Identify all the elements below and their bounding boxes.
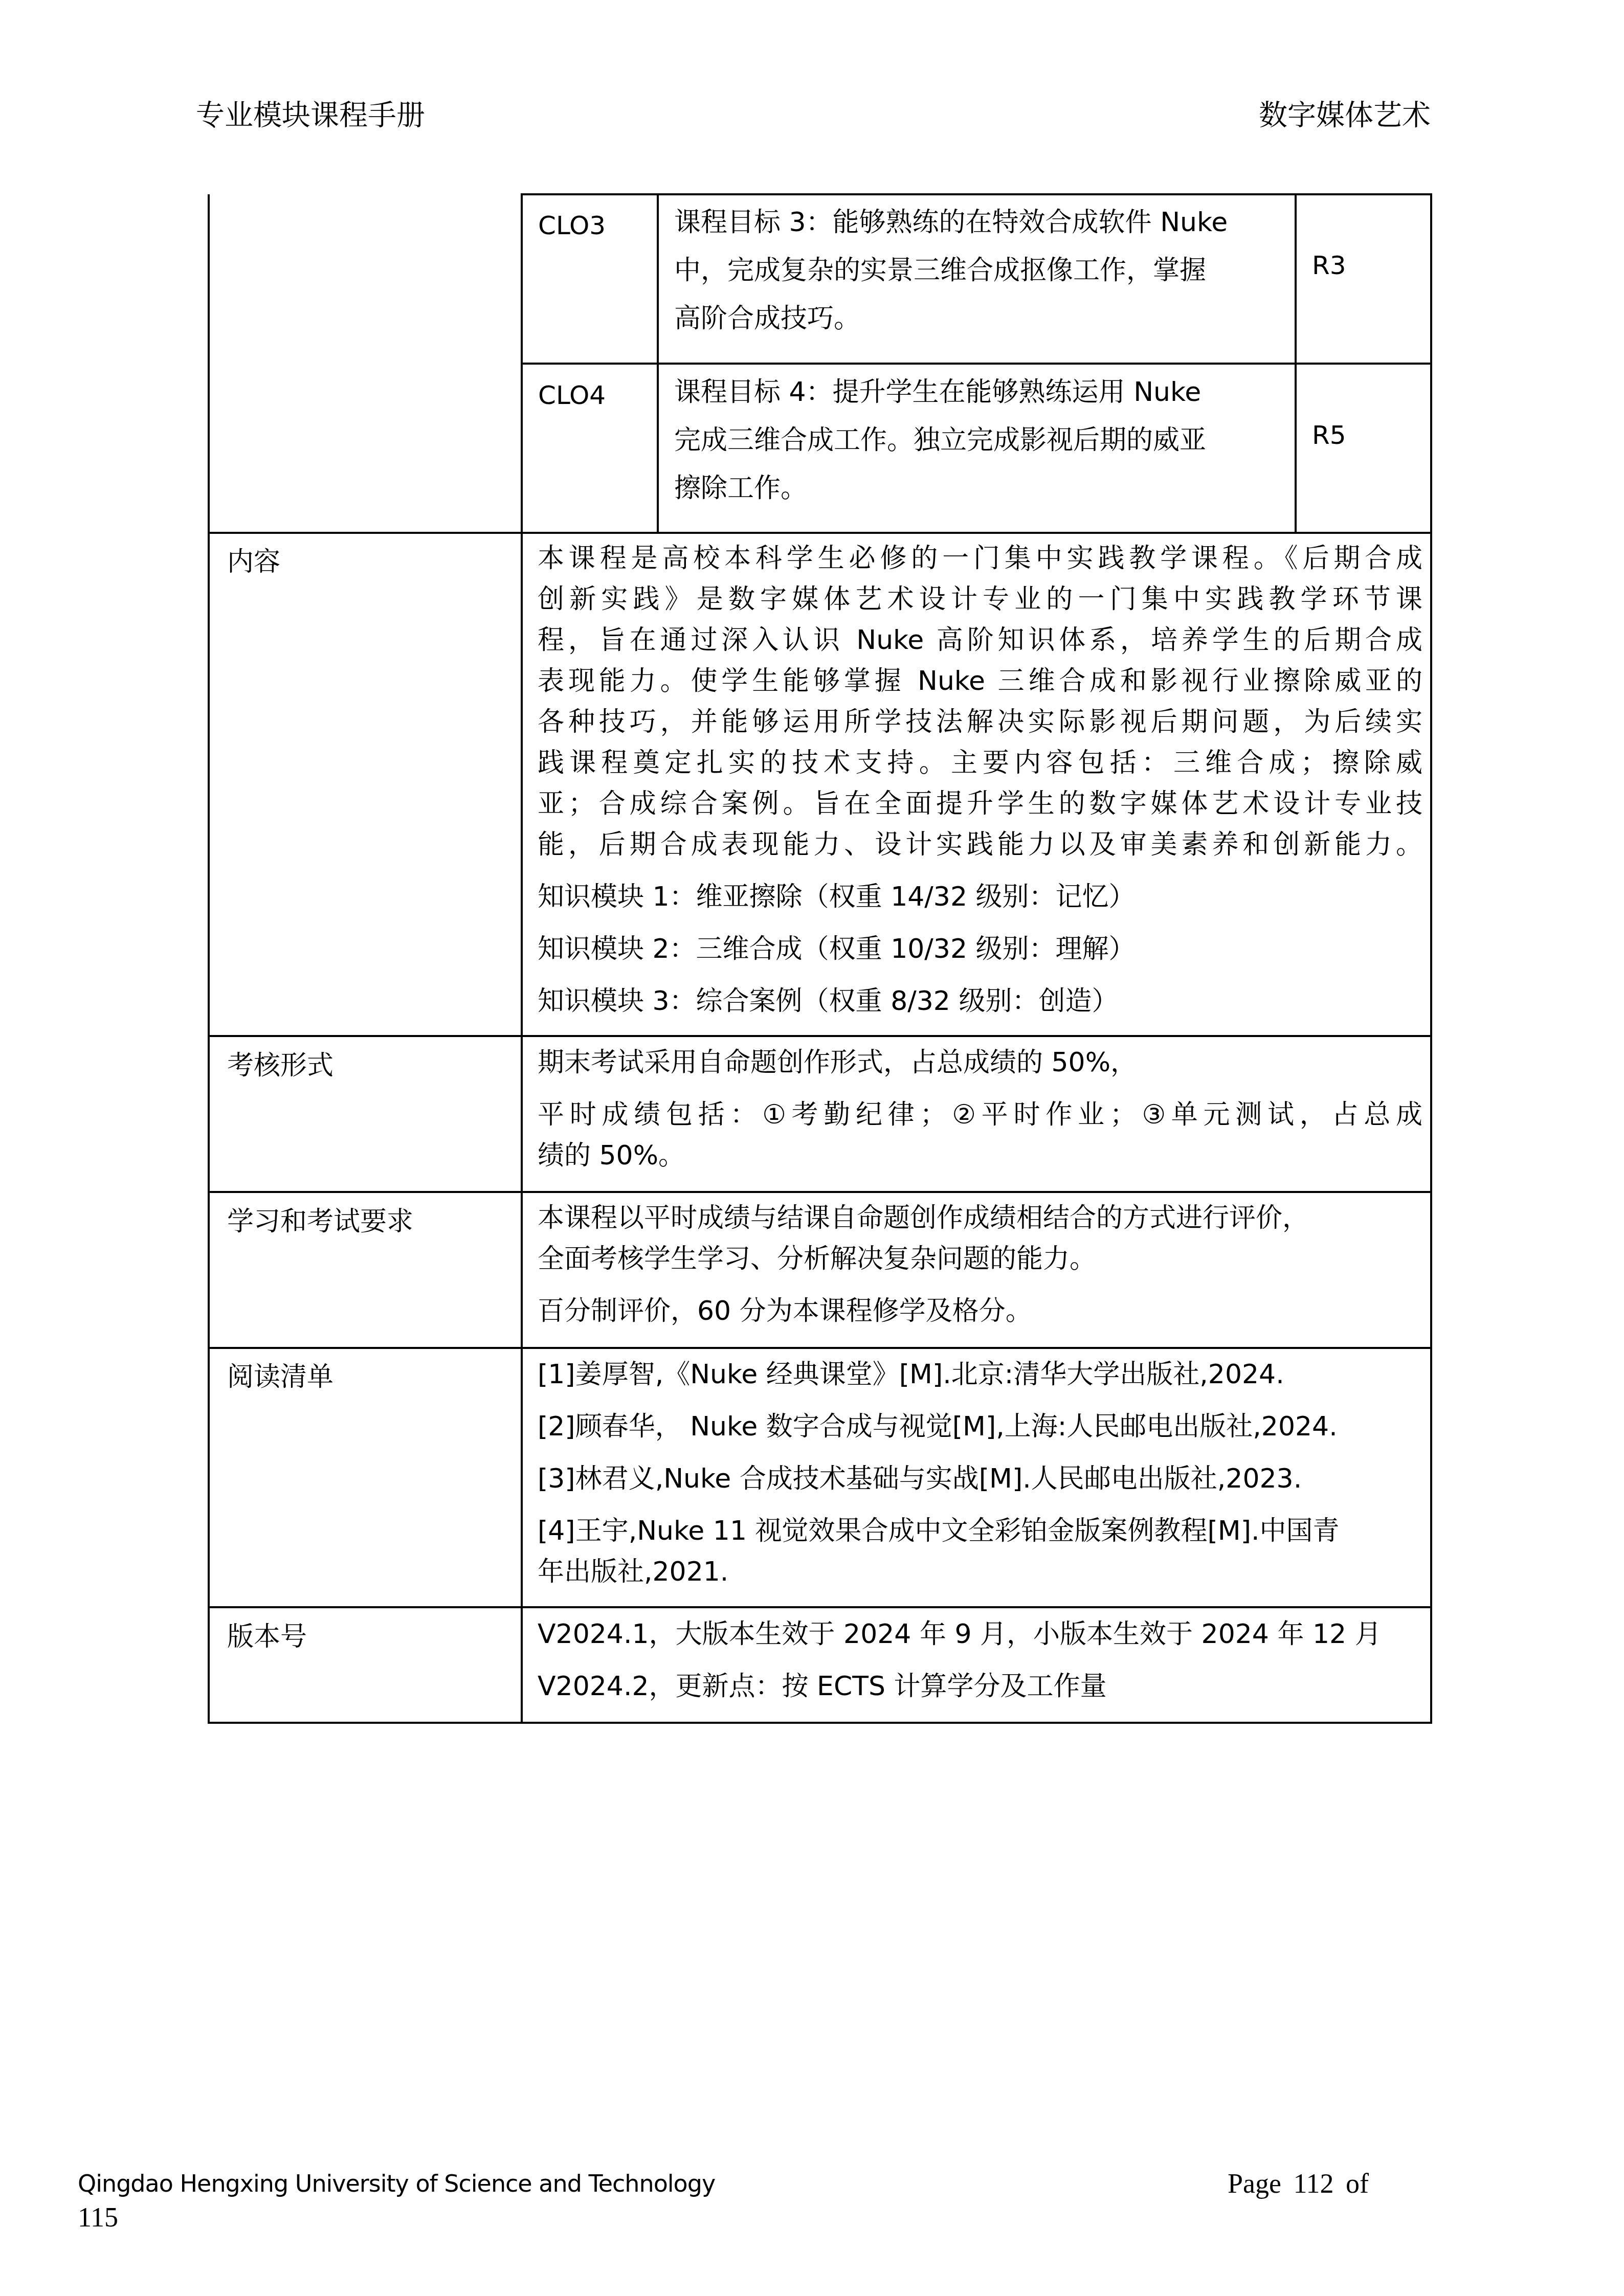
clo-description: 课程目标 3：能够熟练的在特效合成软件 Nuke 中，完成复杂的实景三维合成抠像…	[674, 198, 1228, 343]
clo-description-line: 擦除工作。	[674, 464, 1206, 512]
course-module-table: CLO3 课程目标 3：能够熟练的在特效合成软件 Nuke 中，完成复杂的实景三…	[208, 193, 1432, 1724]
assessment-line: 绩的 50%。	[538, 1135, 1422, 1176]
table-border-right	[1430, 193, 1432, 1724]
row-label-requirements: 学习和考试要求	[227, 1206, 413, 1237]
requirements-line: 百分制评价，60 分为本课程修学及格分。	[538, 1291, 1309, 1332]
clo-description-line: 完成三维合成工作。独立完成影视后期的威亚	[674, 416, 1206, 464]
assessment-line: 期末考试采用自命题创作形式，占总成绩的 50%，	[538, 1042, 1422, 1083]
knowledge-module: 知识模块 1：维亚擦除（权重 14/32 级别：记忆）	[538, 876, 1422, 917]
reading-item: [3]林君义,Nuke 合成技术基础与实战[M].人民邮电出版社,2023.	[538, 1458, 1340, 1499]
table-border-left	[208, 194, 210, 1724]
clo-table-top-border	[521, 193, 1432, 195]
reading-item: 年出版社,2021.	[538, 1551, 1340, 1592]
row-divider-version	[208, 1606, 1432, 1608]
clo-code: CLO3	[538, 210, 606, 241]
table-divider-label-column	[521, 193, 523, 1723]
row-label-assessment: 考核形式	[227, 1050, 333, 1082]
content-description: 本课程是高校本科学生必修的一门集中实践教学课程。《后期合成 创新实践》是数字媒体…	[538, 538, 1422, 1022]
version-description: V2024.1，大版本生效于 2024 年 9 月，小版本生效于 2024 年 …	[538, 1614, 1382, 1707]
version-line: V2024.1，大版本生效于 2024 年 9 月，小版本生效于 2024 年 …	[538, 1614, 1382, 1655]
footer-page-label: Page 112 of	[1228, 2168, 1369, 2199]
clo-description-line: 高阶合成技巧。	[674, 295, 1228, 343]
running-header-program: 数字媒体艺术	[1259, 96, 1431, 135]
table-border-bottom	[208, 1722, 1432, 1724]
clo-code: CLO4	[538, 379, 606, 411]
row-label-version: 版本号	[227, 1621, 307, 1653]
content-line: 亚；合成综合案例。旨在全面提升学生的数字媒体艺术设计专业技	[538, 783, 1422, 824]
clo-description-line: 课程目标 3：能够熟练的在特效合成软件 Nuke	[674, 198, 1228, 246]
row-label-reading-list: 阅读清单	[227, 1361, 333, 1393]
clo-outcome: R5	[1312, 419, 1346, 451]
clo-outcome: R3	[1312, 250, 1346, 281]
content-line: 本课程是高校本科学生必修的一门集中实践教学课程。《后期合成	[538, 538, 1422, 579]
reading-item: [1]姜厚智,《Nuke 经典课堂》[M].北京:清华大学出版社,2024.	[538, 1354, 1340, 1395]
reading-item: [4]王宇,Nuke 11 视觉效果合成中文全彩铂金版案例教程[M].中国青	[538, 1511, 1340, 1551]
knowledge-module: 知识模块 2：三维合成（权重 10/32 级别：理解）	[538, 929, 1422, 970]
requirements-description: 本课程以平时成绩与结课自命题创作成绩相结合的方式进行评价， 全面考核学生学习、分…	[538, 1198, 1309, 1332]
content-line: 程，旨在通过深入认识 Nuke 高阶知识体系，培养学生的后期合成	[538, 620, 1422, 661]
footer-institution: Qingdao Hengxing University of Science a…	[78, 2168, 715, 2199]
row-label-content: 内容	[227, 546, 280, 578]
version-line: V2024.2，更新点：按 ECTS 计算学分及工作量	[538, 1666, 1382, 1707]
assessment-line: 平时成绩包括：①考勤纪律；②平时作业；③单元测试，占总成	[538, 1094, 1422, 1135]
content-line: 各种技巧，并能够运用所学技法解决实际影视后期问题，为后续实	[538, 702, 1422, 742]
reading-item: [2]顾春华， Nuke 数字合成与视觉[M],上海:人民邮电出版社,2024.	[538, 1406, 1340, 1447]
requirements-line: 全面考核学生学习、分析解决复杂问题的能力。	[538, 1239, 1309, 1279]
row-divider-reading	[208, 1347, 1432, 1349]
content-line: 表现能力。使学生能够掌握 Nuke 三维合成和影视行业擦除威亚的	[538, 661, 1422, 702]
clo-description: 课程目标 4：提升学生在能够熟练运用 Nuke 完成三维合成工作。独立完成影视后…	[674, 368, 1206, 512]
row-divider-assessment	[208, 1035, 1432, 1037]
content-line: 践课程奠定扎实的技术支持。主要内容包括：三维合成；擦除威	[538, 742, 1422, 783]
reading-list: [1]姜厚智,《Nuke 经典课堂》[M].北京:清华大学出版社,2024. […	[538, 1354, 1340, 1592]
requirements-line: 本课程以平时成绩与结课自命题创作成绩相结合的方式进行评价，	[538, 1198, 1309, 1239]
row-divider-content	[208, 532, 1432, 534]
assessment-description: 期末考试采用自命题创作形式，占总成绩的 50%， 平时成绩包括：①考勤纪律；②平…	[538, 1042, 1422, 1176]
knowledge-module: 知识模块 3：综合案例（权重 8/32 级别：创造）	[538, 981, 1422, 1022]
clo-row-divider	[521, 363, 1432, 365]
row-divider-requirements	[208, 1191, 1432, 1193]
content-line: 创新实践》是数字媒体艺术设计专业的一门集中实践教学环节课	[538, 579, 1422, 620]
content-line: 能，后期合成表现能力、设计实践能力以及审美素养和创新能力。	[538, 824, 1422, 865]
running-header-title: 专业模块课程手册	[196, 96, 425, 135]
footer-total-pages: 115	[78, 2202, 118, 2233]
clo-description-line: 课程目标 4：提升学生在能够熟练运用 Nuke	[674, 368, 1206, 416]
clo-description-line: 中，完成复杂的实景三维合成抠像工作，掌握	[674, 246, 1228, 295]
